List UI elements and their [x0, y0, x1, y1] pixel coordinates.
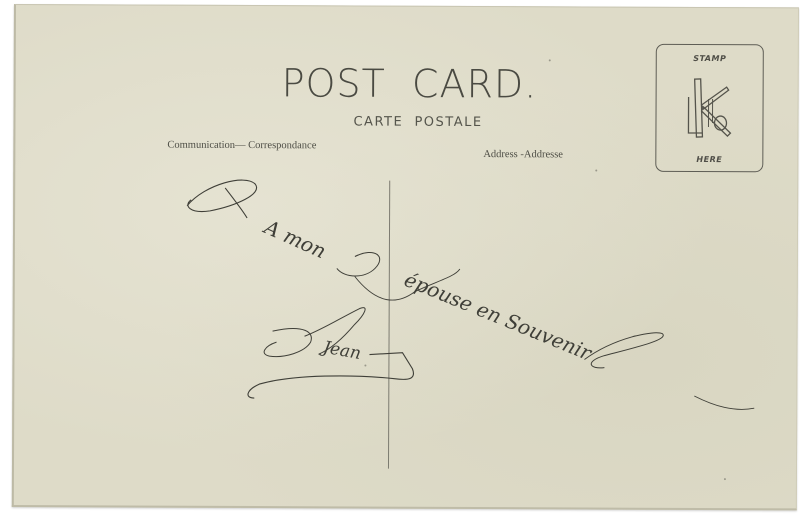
- handwriting-line-2: épouse en Souvenir: [401, 267, 596, 365]
- handwriting-signature: Jean: [319, 337, 363, 364]
- center-divider-line: [388, 181, 390, 469]
- paper-speck: [724, 478, 726, 480]
- paper-speck: [364, 365, 366, 367]
- address-label: Address -Addresse: [483, 149, 563, 160]
- postcard-subtitle: CARTE POSTALE: [353, 114, 482, 130]
- communication-label: Communication— Correspondance: [167, 140, 316, 152]
- stamp-top-label: STAMP: [657, 54, 763, 63]
- postcard-back: POST CARD. CARTE POSTALE Communication— …: [12, 4, 799, 510]
- postcard-photo: POST CARD. CARTE POSTALE Communication— …: [0, 0, 800, 515]
- handwriting-letter-a: [187, 180, 257, 218]
- stamp-box: STAMP HERE: [655, 44, 764, 172]
- paper-speck: [549, 59, 551, 61]
- publisher-monogram-icon: [682, 75, 738, 141]
- paper-speck: [595, 170, 597, 172]
- postcard-title: POST CARD.: [282, 61, 538, 107]
- handwriting-line-1: A mon: [259, 214, 330, 263]
- stamp-bottom-label: HERE: [656, 155, 762, 164]
